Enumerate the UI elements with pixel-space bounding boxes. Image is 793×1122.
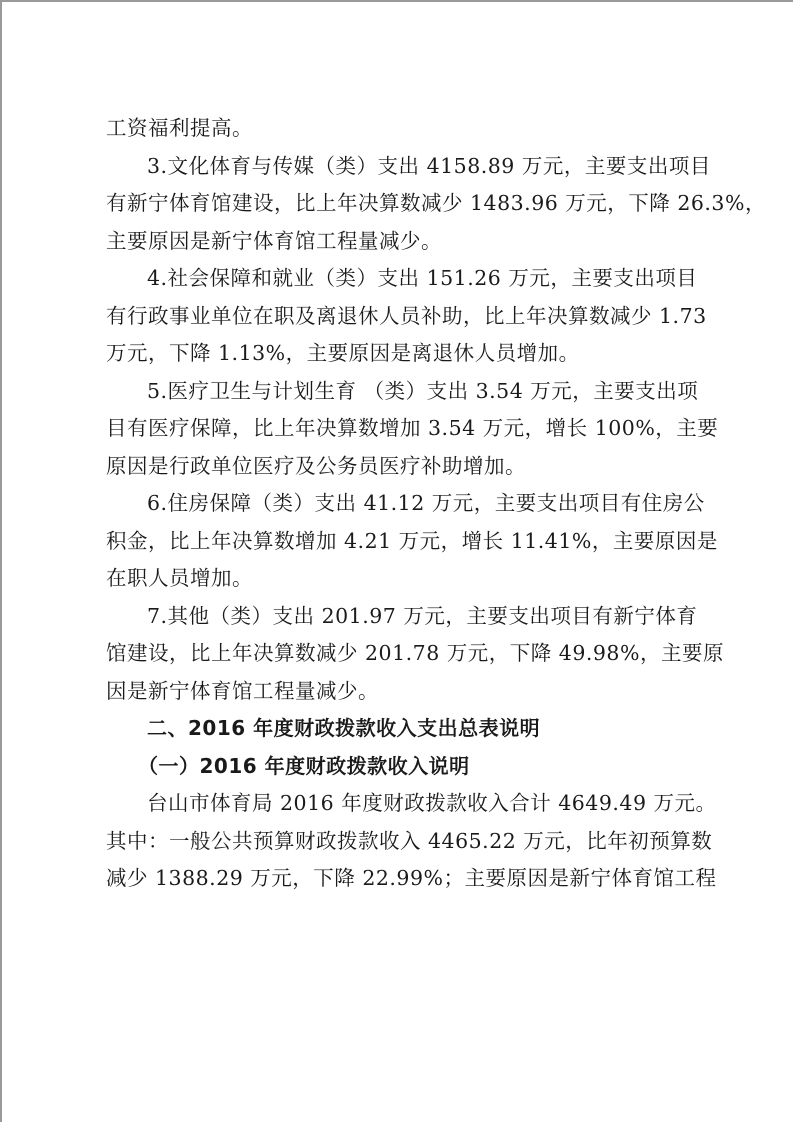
text-line: 6.住房保障（类）支出 41.12 万元，主要支出项目有住房公 [106, 485, 696, 523]
text-line: 减少 1388.29 万元，下降 22.99%；主要原因是新宁体育馆工程 [106, 860, 696, 898]
paragraph-item-7: 7.其他（类）支出 201.97 万元，主要支出项目有新宁体育 馆建设，比上年决… [106, 598, 696, 711]
section-heading: 二、2016 年度财政拨款收入支出总表说明 [106, 710, 696, 748]
text-line: 7.其他（类）支出 201.97 万元，主要支出项目有新宁体育 [106, 598, 696, 636]
text-line: 3.文化体育与传媒（类）支出 4158.89 万元，主要支出项目 [106, 148, 696, 186]
text-line: 4.社会保障和就业（类）支出 151.26 万元，主要支出项目 [106, 260, 696, 298]
text-line: 有新宁体育馆建设，比上年决算数减少 1483.96 万元，下降 26.3%， [106, 185, 696, 223]
text-line: 目有医疗保障，比上年决算数增加 3.54 万元，增长 100%，主要 [106, 410, 696, 448]
document-page: 工资福利提高。 3.文化体育与传媒（类）支出 4158.89 万元，主要支出项目… [0, 0, 793, 1122]
text-line: 其中：一般公共预算财政拨款收入 4465.22 万元，比年初预算数 [106, 823, 696, 861]
paragraph-item-5: 5.医疗卫生与计划生育 （类）支出 3.54 万元，主要支出项 目有医疗保障，比… [106, 373, 696, 486]
paragraph-continuation: 工资福利提高。 [106, 110, 696, 148]
text-line: 积金，比上年决算数增加 4.21 万元，增长 11.41%，主要原因是 [106, 523, 696, 561]
text-line: 万元，下降 1.13%，主要原因是离退休人员增加。 [106, 335, 696, 373]
subsection-heading: （一）2016 年度财政拨款收入说明 [106, 748, 696, 786]
text-line: 馆建设，比上年决算数减少 201.78 万元，下降 49.98%，主要原 [106, 635, 696, 673]
text-line: 5.医疗卫生与计划生育 （类）支出 3.54 万元，主要支出项 [106, 373, 696, 411]
paragraph-income: 台山市体育局 2016 年度财政拨款收入合计 4649.49 万元。 其中：一般… [106, 785, 696, 898]
text-line: 在职人员增加。 [106, 560, 696, 598]
text-line: 主要原因是新宁体育馆工程量减少。 [106, 223, 696, 261]
text-line: 原因是行政单位医疗及公务员医疗补助增加。 [106, 448, 696, 486]
text-line: 有行政事业单位在职及离退休人员补助，比上年决算数减少 1.73 [106, 298, 696, 336]
text-line: 台山市体育局 2016 年度财政拨款收入合计 4649.49 万元。 [106, 785, 696, 823]
paragraph-item-3: 3.文化体育与传媒（类）支出 4158.89 万元，主要支出项目 有新宁体育馆建… [106, 148, 696, 261]
paragraph-item-6: 6.住房保障（类）支出 41.12 万元，主要支出项目有住房公 积金，比上年决算… [106, 485, 696, 598]
document-body: 工资福利提高。 3.文化体育与传媒（类）支出 4158.89 万元，主要支出项目… [106, 110, 696, 898]
paragraph-item-4: 4.社会保障和就业（类）支出 151.26 万元，主要支出项目 有行政事业单位在… [106, 260, 696, 373]
text-line: 因是新宁体育馆工程量减少。 [106, 673, 696, 711]
